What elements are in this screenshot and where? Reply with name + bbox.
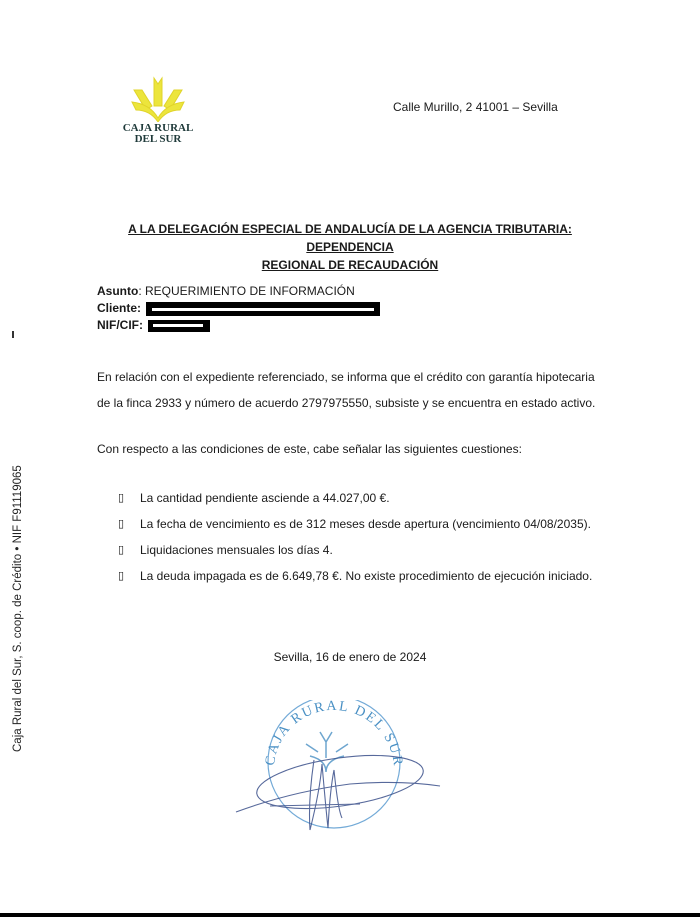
bank-logo: CAJA RURAL DEL SUR xyxy=(120,76,200,151)
list-item: ▯ La deuda impagada es de 6.649,78 €. No… xyxy=(118,566,592,592)
bank-stamp: CAJA RURAL DEL SUR xyxy=(230,700,450,840)
page-bottom-rule xyxy=(0,913,700,917)
bullet-icon: ▯ xyxy=(118,488,140,514)
nif-row: NIF/CIF: xyxy=(97,317,380,334)
list-item: ▯ La fecha de vencimiento es de 312 mese… xyxy=(118,514,592,540)
letter-meta: Asunto: REQUERIMIENTO DE INFORMACIÓN Cli… xyxy=(97,283,380,334)
paragraph-1-line-2: de la finca 2933 y número de acuerdo 279… xyxy=(97,390,617,416)
place-date: Sevilla, 16 de enero de 2024 xyxy=(0,650,700,664)
nif-label: NIF/CIF: xyxy=(97,318,143,332)
bullet-icon: ▯ xyxy=(118,514,140,540)
conditions-list: ▯ La cantidad pendiente asciende a 44.02… xyxy=(118,488,592,592)
paragraph-1: En relación con el expediente referencia… xyxy=(97,364,617,416)
subject-row: Asunto: REQUERIMIENTO DE INFORMACIÓN xyxy=(97,283,380,300)
list-item: ▯ Liquidaciones mensuales los días 4. xyxy=(118,540,592,566)
client-row: Cliente: xyxy=(97,300,380,317)
bullet-icon: ▯ xyxy=(118,540,140,566)
side-tick-mark xyxy=(12,331,14,338)
subject-value: : REQUERIMIENTO DE INFORMACIÓN xyxy=(138,284,354,298)
stamp-seal-icon: CAJA RURAL DEL SUR xyxy=(230,700,450,840)
svg-text:CAJA RURAL DEL SUR: CAJA RURAL DEL SUR xyxy=(263,700,405,768)
paragraph-2: Con respecto a las condiciones de este, … xyxy=(97,436,617,462)
logo-line-2: DEL SUR xyxy=(120,134,196,145)
addressee-title: A LA DELEGACIÓN ESPECIAL DE ANDALUCÍA DE… xyxy=(100,220,600,274)
list-item: ▯ La cantidad pendiente asciende a 44.02… xyxy=(118,488,592,514)
nif-redaction xyxy=(148,320,210,332)
subject-label: Asunto xyxy=(97,284,138,298)
title-line-1: A LA DELEGACIÓN ESPECIAL DE ANDALUCÍA DE… xyxy=(100,220,600,256)
title-line-2: REGIONAL DE RECAUDACIÓN xyxy=(100,256,600,274)
client-redaction xyxy=(146,302,380,316)
wheat-icon xyxy=(120,76,196,122)
side-legal-text: Caja Rural del Sur, S. coop. de Crédito … xyxy=(12,465,24,752)
client-label: Cliente: xyxy=(97,301,141,315)
bank-address: Calle Murillo, 2 41001 – Sevilla xyxy=(393,100,558,114)
paragraph-1-line-1: En relación con el expediente referencia… xyxy=(97,364,617,390)
bullet-icon: ▯ xyxy=(118,566,140,592)
